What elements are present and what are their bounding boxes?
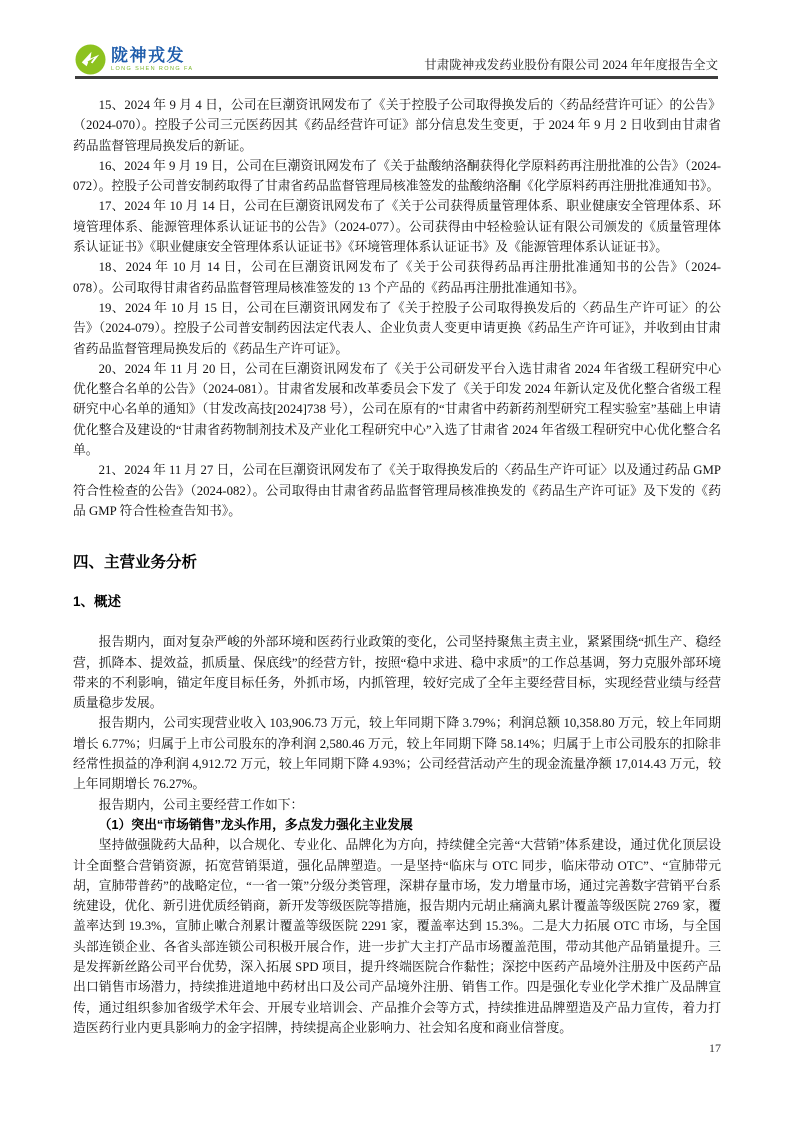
announcement-item-15: 15、2024 年 9 月 4 日，公司在巨潮资讯网发布了《关于控股子公司取得换… xyxy=(73,95,721,156)
announcement-item-19: 19、2024 年 10 月 15 日，公司在巨潮资讯网发布了《关于控股子公司取… xyxy=(73,298,721,359)
point1-body: 坚持做强陇药大品种，以合规化、专业化、品牌化为方向，持续健全完善“大营销”体系建… xyxy=(73,835,721,1038)
announcement-item-16: 16、2024 年 9 月 19 日，公司在巨潮资讯网发布了《关于盐酸纳洛酮获得… xyxy=(73,156,721,197)
point1-heading: （1）突出“市场销售”龙头作用，多点发力强化主业发展 xyxy=(73,815,721,835)
report-title: 甘肃陇神戎发药业股份有限公司 2024 年年度报告全文 xyxy=(424,55,718,75)
announcement-item-20: 20、2024 年 11 月 20 日，公司在巨潮资讯网发布了《关于公司研发平台… xyxy=(73,359,721,460)
overview-paragraph-3: 报告期内，公司主要经营工作如下： xyxy=(73,795,721,815)
document-body: 15、2024 年 9 月 4 日，公司在巨潮资讯网发布了《关于控股子公司取得换… xyxy=(73,95,721,1038)
overview-paragraph-2: 报告期内，公司实现营业收入 103,906.73 万元，较上年同期下降 3.79… xyxy=(73,713,721,794)
page-number: 17 xyxy=(709,1041,721,1056)
logo-company-name-en: LONG SHEN RONG FA xyxy=(111,67,193,73)
section-heading-main-business-analysis: 四、主营业务分析 xyxy=(73,552,721,574)
logo-bird-icon xyxy=(75,44,106,75)
announcement-item-17: 17、2024 年 10 月 14 日，公司在巨潮资讯网发布了《关于公司获得质量… xyxy=(73,196,721,257)
company-logo: 陇神戎发 LONG SHEN RONG FA xyxy=(75,44,193,75)
header-divider xyxy=(75,76,718,79)
subsection-heading-overview: 1、概述 xyxy=(73,593,721,611)
report-page: 陇神戎发 LONG SHEN RONG FA 甘肃陇神戎发药业股份有限公司 20… xyxy=(0,0,793,1122)
announcement-item-21: 21、2024 年 11 月 27 日，公司在巨潮资讯网发布了《关于取得换发后的… xyxy=(73,460,721,521)
announcement-item-18: 18、2024 年 10 月 14 日，公司在巨潮资讯网发布了《关于公司获得药品… xyxy=(73,257,721,298)
logo-company-name-cn: 陇神戎发 xyxy=(111,47,193,64)
logo-text-block: 陇神戎发 LONG SHEN RONG FA xyxy=(111,47,193,72)
overview-paragraph-1: 报告期内，面对复杂严峻的外部环境和医药行业政策的变化，公司坚持聚焦主责主业，紧紧… xyxy=(73,632,721,713)
page-header: 陇神戎发 LONG SHEN RONG FA 甘肃陇神戎发药业股份有限公司 20… xyxy=(75,41,718,75)
